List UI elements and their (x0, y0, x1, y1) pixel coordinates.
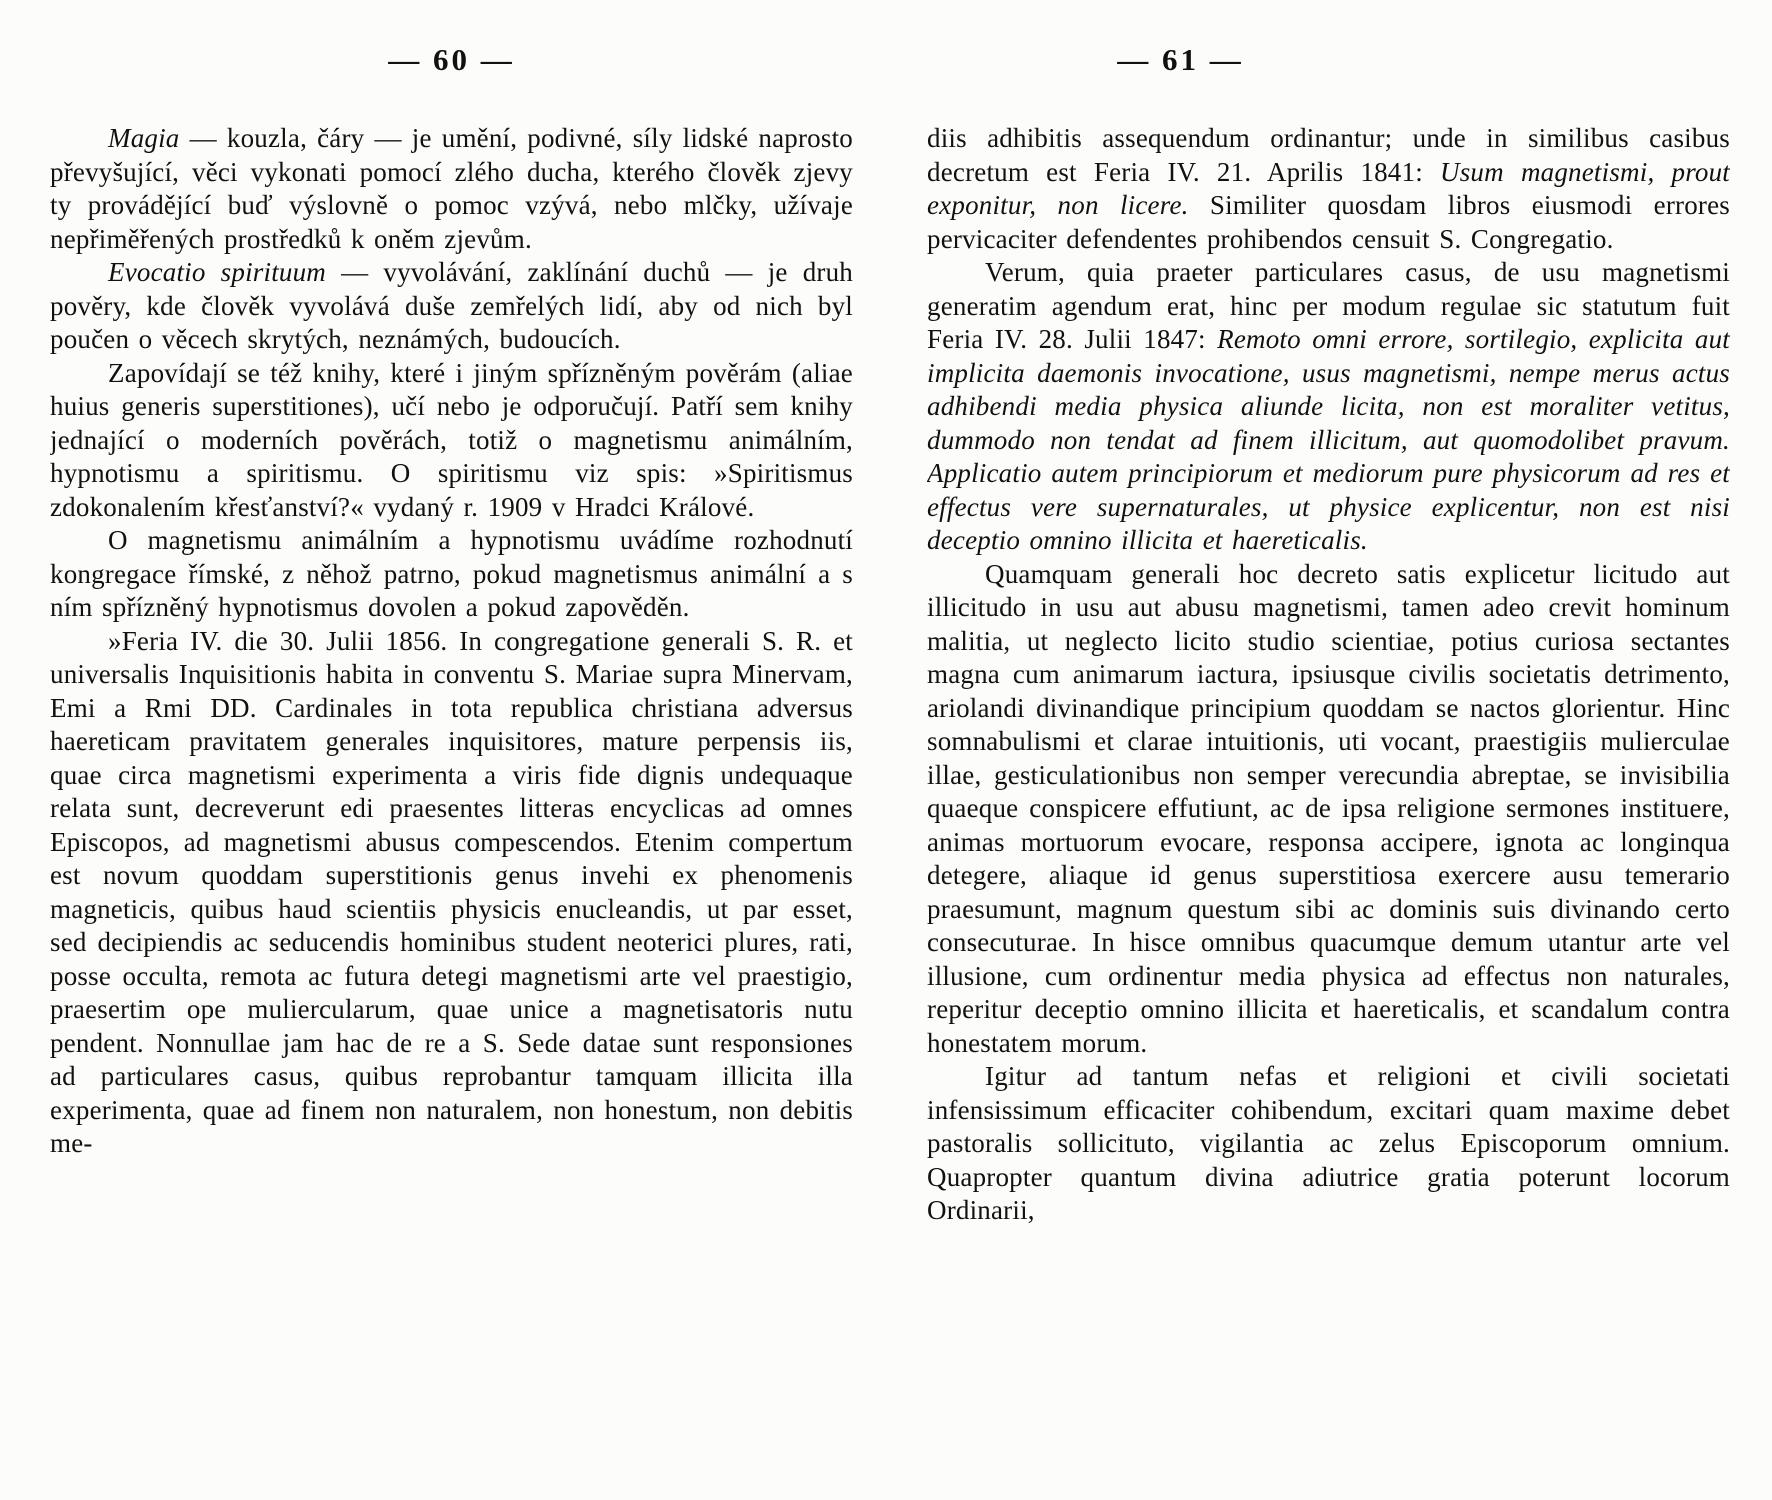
paragraph: Zapovídají se též knihy, které i jiným s… (50, 357, 853, 525)
paragraph: Igitur ad tantum nefas et religioni et c… (927, 1060, 1730, 1228)
text-run: Zapovídají se též knihy, které i jiným s… (50, 358, 853, 522)
italic-text-run: Magia (108, 123, 180, 153)
italic-text-run: Evocatio spirituum (108, 257, 326, 287)
paragraph: diis adhibitis assequendum ordinantur; u… (927, 122, 1730, 256)
page-number-60: — 60 — (50, 42, 853, 78)
book-pages: — 60 — Magia — kouzla, čáry — je umění, … (0, 0, 1772, 1484)
page-60-text: Magia — kouzla, čáry — je umění, podivné… (50, 122, 853, 1161)
text-run: Igitur ad tantum nefas et religioni et c… (927, 1061, 1730, 1225)
paragraph: Verum, quia praeter particulares casus, … (927, 256, 1730, 558)
paragraph: »Feria IV. die 30. Julii 1856. In congre… (50, 625, 853, 1161)
paragraph: Evocatio spirituum — vyvolávání, zaklíná… (50, 256, 853, 357)
page-number-61: — 61 — (927, 42, 1582, 78)
text-run: »Feria IV. die 30. Julii 1856. In congre… (50, 626, 853, 1159)
page-61-text: diis adhibitis assequendum ordinantur; u… (927, 122, 1730, 1228)
text-run: O magnetismu animálním a hypnotismu uvád… (50, 525, 853, 622)
paragraph: Quamquam generali hoc decreto satis expl… (927, 558, 1730, 1061)
page-60: — 60 — Magia — kouzla, čáry — je umění, … (50, 34, 853, 1484)
paragraph: Magia — kouzla, čáry — je umění, podivné… (50, 122, 853, 256)
paragraph: O magnetismu animálním a hypnotismu uvád… (50, 524, 853, 625)
page-61: — 61 — diis adhibitis assequendum ordina… (927, 34, 1730, 1484)
scanned-book-spread: — 60 — Magia — kouzla, čáry — je umění, … (0, 0, 1772, 1500)
italic-text-run: Remoto omni errore, sortilegio, explicit… (927, 324, 1730, 555)
text-run: Quamquam generali hoc decreto satis expl… (927, 559, 1730, 1058)
